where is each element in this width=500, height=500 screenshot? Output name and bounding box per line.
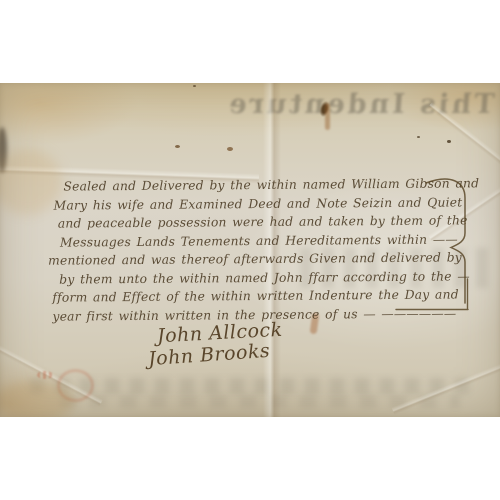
stain-speck — [227, 147, 233, 151]
manuscript-text-block: Sealed and Delivered by the within named… — [45, 174, 476, 325]
stain-speck — [193, 85, 196, 87]
paper-edge-shadow — [0, 127, 7, 173]
stain-speck — [447, 140, 451, 143]
showthrough-smudge — [30, 378, 470, 394]
screenshot-canvas: This Indenture Sealed and Delivered by t… — [0, 0, 500, 500]
stain-speck — [175, 145, 180, 148]
stain-speck — [417, 136, 420, 138]
showthrough-heading: This Indenture — [198, 89, 495, 133]
document-photo: This Indenture Sealed and Delivered by t… — [0, 83, 500, 417]
showthrough-smudge — [60, 395, 460, 408]
